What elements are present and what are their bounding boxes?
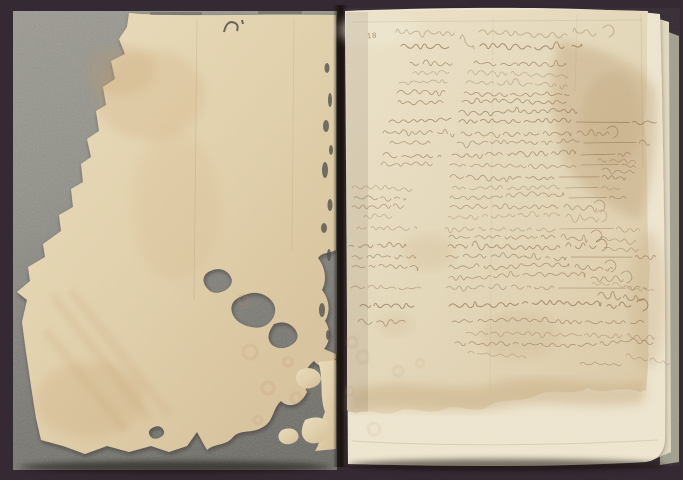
right-leaf-stains [338, 14, 666, 435]
right-leaf-creases [352, 14, 643, 388]
left-leaf-stains [35, 45, 301, 438]
book-gutter [333, 5, 349, 467]
left-leaf-creases [194, 18, 294, 300]
manuscript-scan: 18 [0, 0, 683, 480]
under-sheet-fold [352, 440, 658, 445]
mount-paper-grain [13, 11, 337, 470]
folio-number: 18 [367, 33, 377, 41]
parchment-fragments [278, 360, 336, 451]
ink-scribble-mark [224, 20, 243, 32]
manuscript-leaf-path [347, 10, 650, 414]
left-leaf-damage-marks [150, 11, 333, 340]
edge-sheet [658, 28, 679, 465]
parchment-leaf-path [17, 13, 336, 454]
right-leaf-stack [0, 0, 683, 480]
gutter-shading [346, 12, 368, 412]
under-sheet-1 [345, 8, 665, 466]
under-sheet-2 [646, 15, 671, 461]
cursive-entry-lines [349, 25, 670, 365]
grey-mount-backing [13, 11, 337, 470]
right-page-shadow [348, 459, 666, 471]
left-page-shadow [20, 461, 330, 473]
right-paper-grain [344, 8, 680, 466]
left-damaged-leaf [0, 0, 683, 480]
handwriting-overlay [0, 0, 683, 480]
